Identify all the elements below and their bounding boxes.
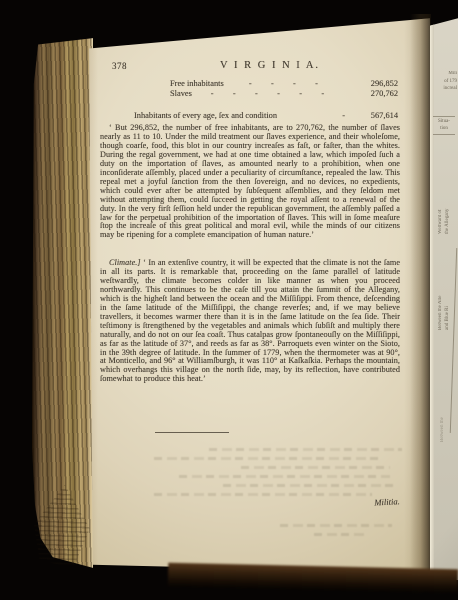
page-header: 378 V I R G I N I A. bbox=[100, 60, 400, 74]
table-total-row: Inhabitants of every age, ſex and condit… bbox=[134, 111, 398, 120]
book-page: 378 V I R G I N I A. Free inhabitants --… bbox=[84, 16, 430, 576]
total-value: 567,614 bbox=[354, 111, 398, 120]
leader-dashes: ------ bbox=[192, 89, 354, 99]
foldout-title-line: of 179 bbox=[433, 78, 457, 86]
foldout-column-label-line: Weſtward of bbox=[438, 209, 445, 234]
foldout-header-cell: Situa- tion bbox=[433, 116, 455, 135]
total-label: Inhabitants of every age, ſex and condit… bbox=[134, 111, 277, 120]
book-photo: 378 V I R G I N I A. Free inhabitants --… bbox=[0, 0, 458, 600]
foldout-column-label-line: and Blue Ri bbox=[445, 296, 452, 330]
climate-section-label: Climate.] bbox=[109, 258, 141, 267]
row-value: 270,762 bbox=[354, 89, 398, 99]
page-gutter-shadow bbox=[410, 14, 431, 574]
foldout-column-label: Weſtward of the Allegany bbox=[438, 209, 451, 234]
foldout-column-label-line: Between the Alle bbox=[438, 296, 445, 330]
show-through-text bbox=[280, 524, 392, 542]
row-label: Free inhabitants bbox=[170, 79, 224, 89]
population-table: Free inhabitants ---- 296,852 Slaves ---… bbox=[170, 79, 398, 100]
slavery-paragraph: ‘ But 296,852, the number of free inhabi… bbox=[100, 124, 400, 240]
foldout-column-label-line: Between the bbox=[440, 417, 447, 442]
foldout-rule-line bbox=[450, 248, 457, 433]
table-row: Slaves ------ 270,762 bbox=[170, 89, 398, 99]
climate-paragraph: Climate.] ‘ In an extenſive country, it … bbox=[100, 259, 400, 384]
slavery-paragraph-text: ‘ But 296,852, the number of free inhabi… bbox=[100, 123, 400, 239]
table-row: Free inhabitants ---- 296,852 bbox=[170, 79, 398, 89]
foldout-column-label: Between the Alle and Blue Ri bbox=[438, 296, 451, 330]
climate-paragraph-text: ‘ In an extenſive country, it will be ex… bbox=[100, 258, 400, 383]
leader-dashes: ---- bbox=[224, 79, 354, 89]
row-value: 296,852 bbox=[354, 79, 398, 89]
running-title: V I R G I N I A. bbox=[100, 60, 440, 71]
foldout-cell-line: tion bbox=[433, 126, 455, 133]
leader-dash: - bbox=[342, 111, 354, 120]
foldout-column-label: Between the bbox=[440, 417, 447, 442]
footnote-rule bbox=[155, 432, 229, 433]
foldout-title-line: increaſ bbox=[433, 85, 457, 93]
foldout-title-fragment: Mili of 179 increaſ bbox=[433, 70, 457, 93]
row-label: Slaves bbox=[170, 89, 192, 99]
show-through-text bbox=[154, 448, 402, 502]
foldout-table-edge: Mili of 179 increaſ Situa- tion Weſtward… bbox=[430, 12, 458, 580]
foldout-title-line: Mili bbox=[433, 70, 457, 78]
foldout-column-label-line: the Allegany bbox=[445, 209, 452, 234]
